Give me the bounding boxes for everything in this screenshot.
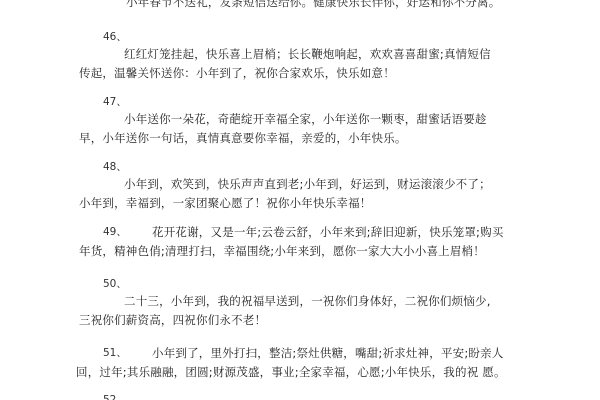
- entry-50-line2: 三祝你们薪资高，四祝你们永不老！: [79, 313, 266, 327]
- entry-number-51: 51、: [103, 346, 127, 360]
- entry-46-line2: 传起，温馨关怀送你：小年到了，祝你合家欢乐，快乐如意！: [79, 66, 395, 80]
- entry-number-50: 50、: [103, 277, 127, 291]
- document-page: 小年春节不送礼，发条短信送给你。健康快乐长伴你，好运和你不分离。 46、 红红灯…: [0, 0, 600, 400]
- entry-number-46: 46、: [103, 30, 127, 44]
- entry-number-52: 52、: [103, 393, 127, 400]
- partial-line-top: 小年春节不送礼，发条短信送给你。健康快乐长伴你，好运和你不分离。: [126, 0, 500, 9]
- entry-46-line1: 红红灯笼挂起，快乐喜上眉梢；长长鞭炮响起，欢欢喜喜甜蜜;真情短信: [124, 47, 491, 61]
- entry-47-line1: 小年送你一朵花，奇葩绽开幸福全家，小年送你一颗枣，甜蜜话语要趁: [124, 112, 487, 126]
- entry-48-line2: 小年到，幸福到，一家团聚心愿了！祝你小年快乐幸福！: [79, 196, 372, 210]
- entry-51-line1: 小年到了，里外打扫，整洁;祭灶供糖，嘴甜;祈求灶神，平安;盼亲人: [152, 346, 504, 360]
- entry-number-49: 49、: [103, 225, 127, 239]
- entry-49-line2: 年货，精神色俏;清理打扫，幸福围绕;小年来到，愿你一家大大小小喜上眉梢！: [79, 244, 485, 258]
- entry-number-47: 47、: [103, 95, 127, 109]
- entry-number-48: 48、: [103, 160, 127, 174]
- entry-49-line1: 花开花谢，又是一年;云卷云舒，小年来到;辞旧迎新，快乐笼罩;购买: [152, 225, 504, 239]
- entry-47-line2: 早，小年送你一句话，真情真意要你幸福，亲爱的，小年快乐。: [79, 131, 407, 145]
- entry-48-line1: 小年到，欢笑到，快乐声声直到老;小年到，好运到，财运滚滚少不了；: [124, 177, 491, 191]
- entry-51-line2: 回，过年;其乐融融，团圆;财源茂盛，事业;全家幸福，心愿;小年快乐，我的祝 愿。: [76, 365, 506, 379]
- entry-50-line1: 二十三，小年到，我的祝福早送到，一祝你们身体好，二祝你们烦恼少,: [124, 294, 491, 308]
